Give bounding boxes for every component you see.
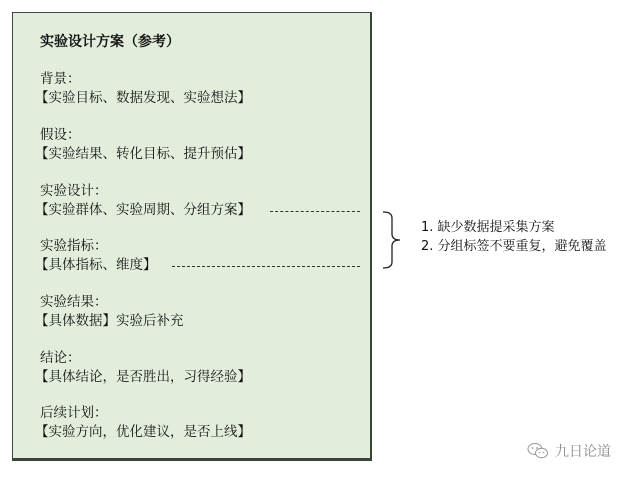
annotation-notes: 1. 缺少数据提采集方案 2. 分组标签不要重复，避免覆盖: [421, 218, 607, 256]
section-content: 【实验结果、转化目标、提升预估】: [35, 145, 251, 163]
section-label: 假设：: [40, 126, 251, 144]
note-item: 2. 分组标签不要重复，避免覆盖: [421, 237, 607, 256]
plan-title: 实验设计方案（参考）: [40, 33, 180, 51]
section-content: 【实验群体、实验周期、分组方案】: [35, 201, 251, 219]
watermark: 九日论道: [527, 441, 611, 461]
curly-brace-icon: [380, 210, 404, 270]
section-label: 结论：: [40, 349, 251, 367]
section-label: 背景：: [40, 70, 251, 88]
watermark-text: 九日论道: [555, 441, 611, 461]
section-conclusion: 结论： 【具体结论，是否胜出，习得经验】: [40, 349, 251, 386]
section-hypothesis: 假设： 【实验结果、转化目标、提升预估】: [40, 126, 251, 163]
section-content: 【实验方向，优化建议，是否上线】: [35, 423, 251, 441]
section-content: 【实验目标、数据发现、实验想法】: [35, 89, 251, 107]
section-experiment-design: 实验设计： 【实验群体、实验周期、分组方案】: [40, 182, 251, 219]
section-label: 实验结果：: [40, 293, 184, 311]
section-label: 实验指标：: [40, 237, 157, 255]
note-item: 1. 缺少数据提采集方案: [421, 218, 607, 237]
section-background: 背景： 【实验目标、数据发现、实验想法】: [40, 70, 251, 107]
section-label: 实验设计：: [40, 182, 251, 200]
wechat-icon: [527, 442, 549, 460]
section-content: 【具体数据】实验后补充: [35, 312, 184, 330]
section-label: 后续计划：: [40, 404, 251, 422]
section-content: 【具体指标、维度】: [35, 256, 157, 274]
dashed-connector-design: [270, 211, 360, 212]
section-experiment-metrics: 实验指标： 【具体指标、维度】: [40, 237, 157, 274]
dashed-connector-metrics: [172, 266, 360, 267]
section-follow-up-plan: 后续计划： 【实验方向，优化建议，是否上线】: [40, 404, 251, 441]
section-content: 【具体结论，是否胜出，习得经验】: [35, 368, 251, 386]
section-experiment-results: 实验结果： 【具体数据】实验后补充: [40, 293, 184, 330]
